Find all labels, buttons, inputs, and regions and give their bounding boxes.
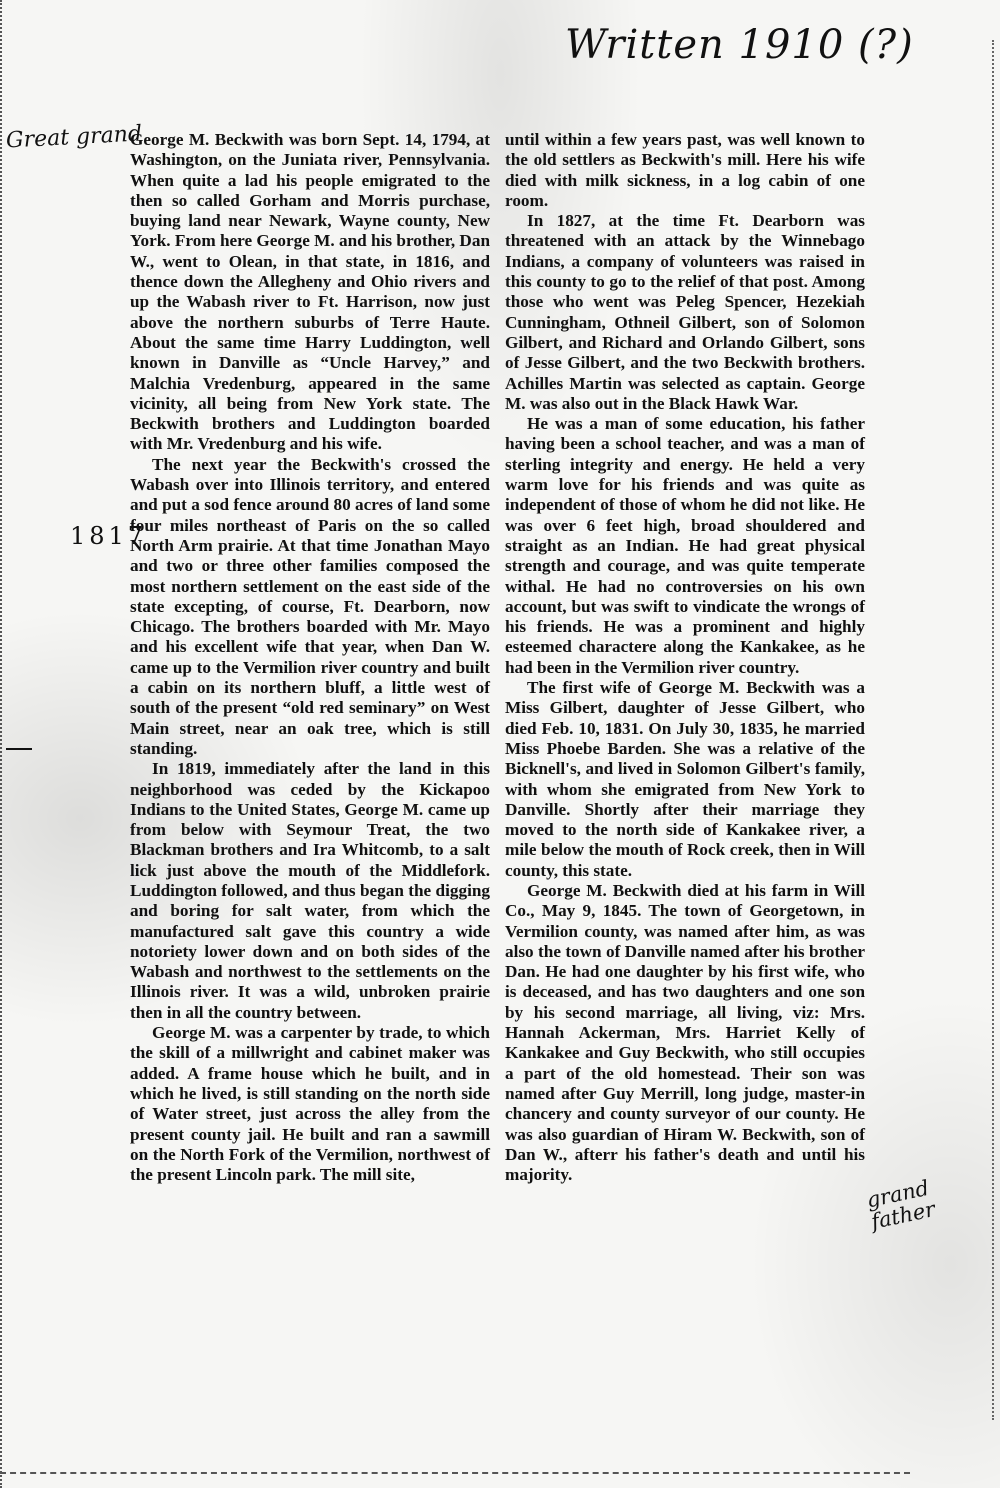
paragraph: The next year the Beckwith's crossed the… bbox=[130, 455, 490, 759]
paragraph: until within a few years past, was well … bbox=[505, 130, 865, 211]
handwritten-margin-grand-father: grand father bbox=[865, 1167, 982, 1233]
handwritten-date-note: Written 1910 (?) bbox=[565, 22, 914, 68]
handwritten-margin-dash bbox=[6, 748, 32, 750]
paragraph: George M. Beckwith was born Sept. 14, 17… bbox=[130, 130, 490, 455]
paragraph: In 1819, immediately after the land in t… bbox=[130, 759, 490, 1023]
paragraph: He was a man of some education, his fath… bbox=[505, 414, 865, 678]
paragraph: In 1827, at the time Ft. Dearborn was th… bbox=[505, 211, 865, 414]
paragraph: George M. was a carpenter by trade, to w… bbox=[130, 1023, 490, 1185]
page-edge-left bbox=[0, 0, 6, 1488]
scanned-page: Written 1910 (?) Great grand 1817 grand … bbox=[0, 0, 1000, 1488]
article-column-left: George M. Beckwith was born Sept. 14, 17… bbox=[130, 130, 490, 1185]
paragraph: The first wife of George M. Beckwith was… bbox=[505, 678, 865, 881]
page-edge-bottom bbox=[0, 1470, 910, 1474]
page-edge-right bbox=[990, 40, 994, 1420]
paragraph: George M. Beckwith died at his farm in W… bbox=[505, 881, 865, 1185]
article-column-right: until within a few years past, was well … bbox=[505, 130, 865, 1185]
handwritten-margin-great-grand: Great grand bbox=[5, 121, 142, 153]
